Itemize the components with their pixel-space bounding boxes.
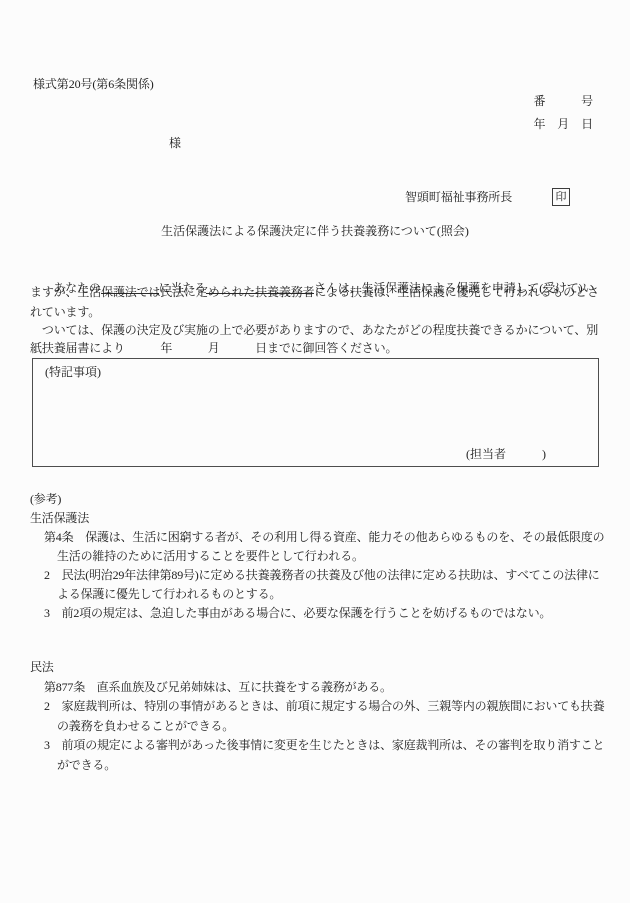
body-line-3: れています。 xyxy=(30,305,100,320)
form-number: 様式第20号(第6条関係) xyxy=(33,77,154,91)
law-section-minpo: 民法 第877条 直系血族及び兄弟姉妹は、互に扶養をする義務がある。 2 家庭裁… xyxy=(30,658,615,775)
document-title: 生活保護法による保護決定に伴う扶養義務について(照会) xyxy=(0,224,630,239)
law-section-seikatsuhogo: 生活保護法 第4条 保護は、生活に困窮する者が、その利用し得る資産、能力その他あ… xyxy=(30,509,615,623)
article-line: の義務を負わせることができる。 xyxy=(57,717,615,737)
staff-in-charge-label: (担当者 ) xyxy=(466,445,546,462)
notes-box: (特記事項) (担当者 ) xyxy=(32,358,599,467)
article-line: 第877条 直系血族及び兄弟姉妹は、互に扶養をする義務がある。 xyxy=(44,678,615,698)
article-line: 3 前項の規定による審判があった後事情に変更を生じたときは、家庭裁判所は、その審… xyxy=(44,736,615,756)
law-name: 生活保護法 xyxy=(30,509,615,528)
notes-box-label: (特記事項) xyxy=(45,363,101,380)
article-line: 2 家庭裁判所は、特別の事情があるときは、前項に規定する場合の外、三親等内の親族… xyxy=(44,697,615,717)
article-line: 2 民法(明治29年法律第89号)に定める扶養義務者の扶養及び他の法律に定める扶… xyxy=(44,566,615,585)
reference-heading: (参考) xyxy=(30,490,615,509)
seal-stamp: 印 xyxy=(552,188,570,206)
body-line-4: ついては、保護の決定及び実施の上で必要がありますので、あなたがどの程度扶養できる… xyxy=(30,323,598,338)
article-line: 第4条 保護は、生活に困窮する者が、その利用し得る資産、能力その他あらゆるものを… xyxy=(44,528,615,547)
body-line-2: ますが、生活保護法では民法に定められた扶養義務者による扶養は、生活保護に優先して… xyxy=(30,285,599,300)
doc-number-line: 番 号 xyxy=(533,94,593,108)
header-date-line: 年 月 日 xyxy=(533,117,593,131)
sender-name: 智頭町福祉事務所長 xyxy=(405,190,512,204)
reference-section: (参考) 生活保護法 第4条 保護は、生活に困窮する者が、その利用し得る資産、能… xyxy=(30,490,615,775)
article-line: ができる。 xyxy=(57,756,615,776)
addressee-suffix: 様 xyxy=(169,136,181,150)
law-name: 民法 xyxy=(30,658,615,678)
body-line-5: 紙扶養届書により 年 月 日までに御回答ください。 xyxy=(30,341,397,356)
article-line: よる保護に優先して行われるものとする。 xyxy=(57,585,615,604)
article-line: 3 前2項の規定は、急迫した事由がある場合に、必要な保護を行うことを妨げるもので… xyxy=(44,604,615,623)
document-page: 様式第20号(第6条関係) 番 号 年 月 日 様 智頭町福祉事務所長 印 生活… xyxy=(0,0,630,903)
article-line: 生活の維持のために活用することを要件として行われる。 xyxy=(57,547,615,566)
